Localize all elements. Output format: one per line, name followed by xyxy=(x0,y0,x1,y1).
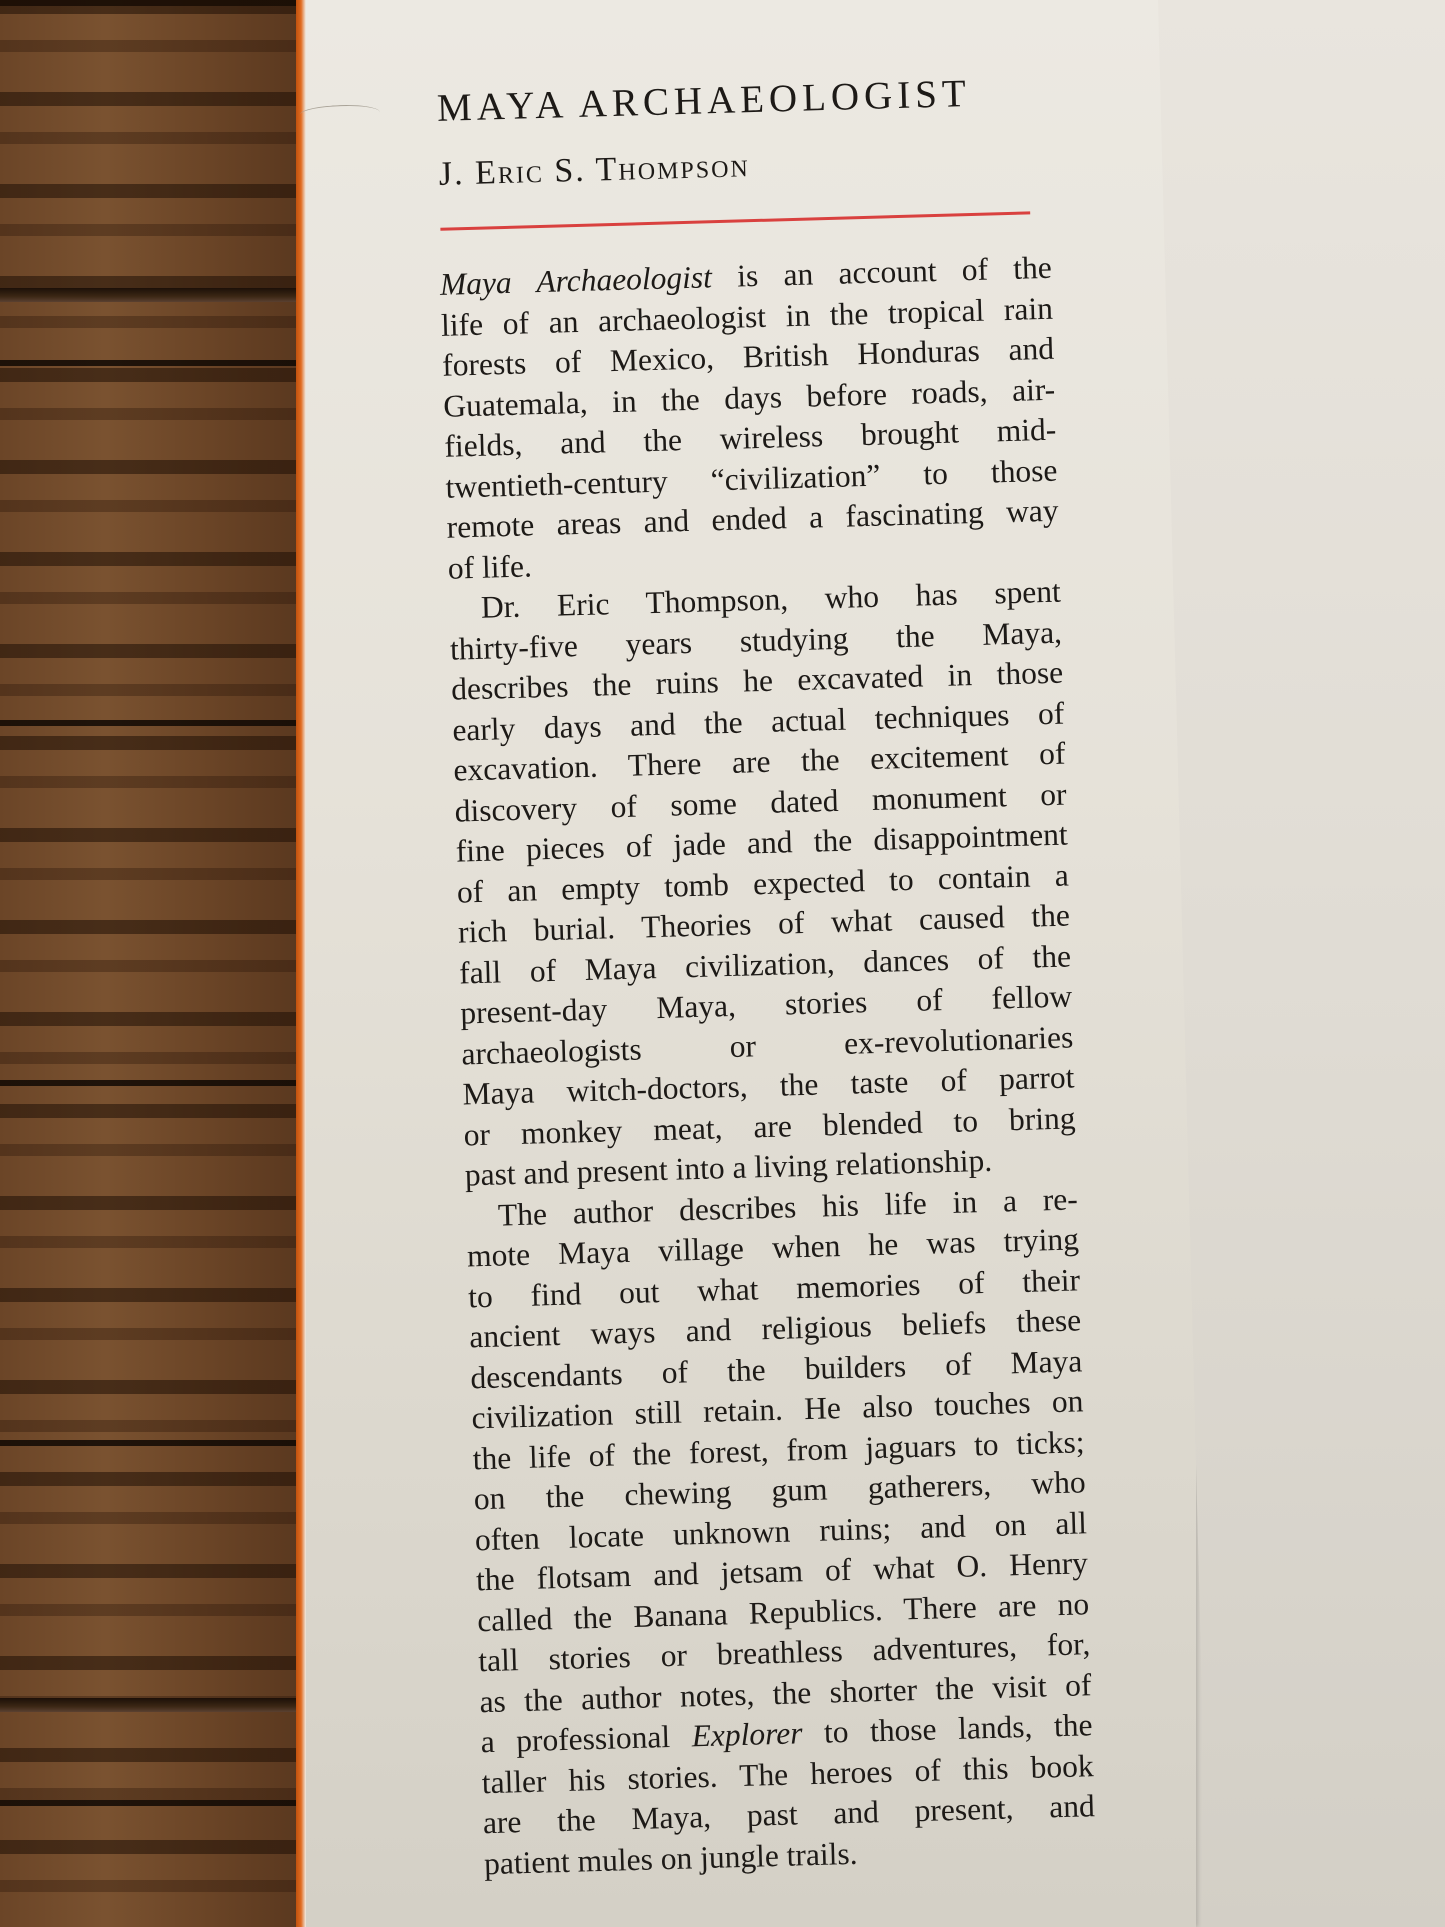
blurb-paragraph-2: Dr. Eric Thompson, who has spent thirty-… xyxy=(448,572,1077,1196)
blurb-paragraph-1: Maya Archaeologist is an account of the … xyxy=(439,248,1060,589)
wood-plank-seam xyxy=(0,288,300,302)
wood-plank-seam xyxy=(0,1698,300,1712)
jacket-orange-edge xyxy=(296,0,306,1927)
blurb-paragraph-3: The author describes his life in a re- m… xyxy=(465,1179,1096,1884)
blurb-text: Maya Archaeologist is an account of the … xyxy=(439,248,1096,1884)
